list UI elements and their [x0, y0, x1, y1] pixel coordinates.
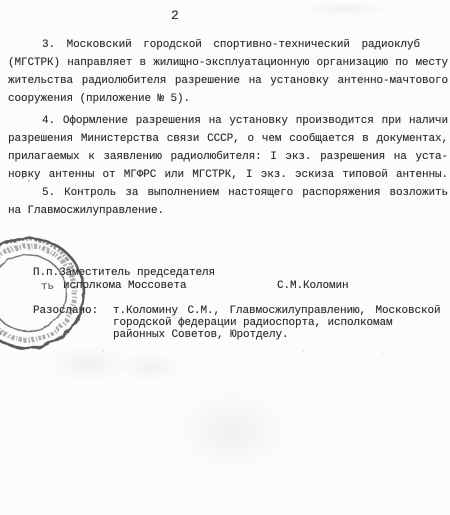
- paragraph-4: 4. Оформление разрешения на установку пр…: [8, 112, 448, 184]
- text-line: жительства радиолюбителя разрешение на у…: [8, 72, 448, 90]
- text-line: 5. Контроль за выполнением настоящего ра…: [8, 184, 448, 202]
- text-line: 3. Московский городской спортивно-технич…: [8, 36, 448, 54]
- text-line: прилагаемых к заявлению радиолюбителя: I…: [8, 148, 448, 166]
- distribution-lines: т.Коломину С.М., Главмосжилуправлению, М…: [113, 305, 450, 341]
- text-line: т.Коломину С.М., Главмосжилуправлению, М…: [113, 305, 450, 317]
- paragraph-5: 5. Контроль за выполнением настоящего ра…: [8, 184, 448, 220]
- scanned-document-page: 2 3. Московский городской спортивно-техн…: [0, 0, 450, 515]
- text-line: 4. Оформление разрешения на установку пр…: [8, 112, 448, 130]
- scan-smudge: [118, 352, 183, 382]
- circular-stamp-icon: [0, 236, 92, 352]
- text-line: на Главмосжилуправление.: [8, 202, 448, 220]
- page-number: 2: [171, 8, 179, 23]
- paragraph-3: 3. Московский городской спортивно-технич…: [8, 36, 448, 108]
- text-line: новку антенны от МГФРС или МГСТРК, I экз…: [8, 166, 448, 184]
- text-line: (МГСТРК) направляет в жилищно-эксплуатац…: [8, 54, 448, 72]
- signature-name: С.М.Коломин: [277, 280, 349, 292]
- text-line: разрешения Министерства связи СССР, о че…: [8, 130, 448, 148]
- text-line: городской федерации радиоспорта, исполко…: [113, 317, 450, 329]
- text-line: районных Советов, Юротделу.: [113, 329, 450, 341]
- document-body: 3. Московский городской спортивно-технич…: [8, 36, 448, 220]
- text-line: сооружения (приложение № 5).: [8, 90, 448, 108]
- scan-smudge: [300, 2, 390, 16]
- scan-speckles: [0, 0, 2, 2]
- scan-smudge: [175, 388, 290, 473]
